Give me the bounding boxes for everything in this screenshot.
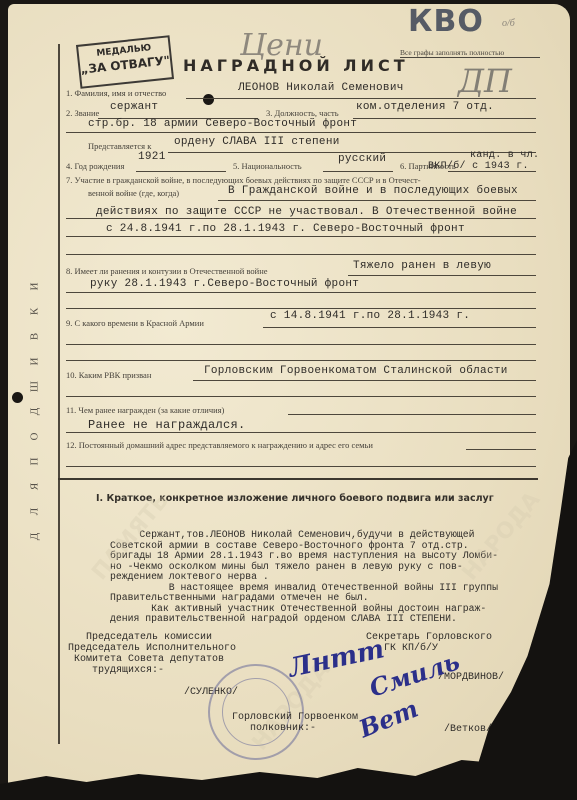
field-7-value-line-2: действиях по защите СССР не участвовал. … <box>96 206 517 218</box>
presented-value: ордену СЛАВА III степени <box>174 136 340 148</box>
rule <box>288 414 536 415</box>
field-8-label: 8. Имеет ли ранения и контузии в Отечест… <box>66 266 268 276</box>
rule <box>263 327 536 328</box>
presented-label: Представляется к <box>88 141 151 151</box>
field-7-label-cont: венной войне (где, когда) <box>88 188 179 198</box>
field-2-value: сержант <box>110 101 158 113</box>
field-2-label: 2. Звание <box>66 108 99 118</box>
field-8-value-line-1: Тяжело ранен в левую <box>353 260 491 272</box>
punch-hole <box>12 392 23 403</box>
rule <box>353 118 536 119</box>
punch-hole <box>203 94 214 105</box>
rule <box>66 466 536 467</box>
field-4-label: 4. Год рождения <box>66 161 124 171</box>
rule <box>218 200 536 201</box>
rule <box>193 380 536 381</box>
field-7-value-line-3: с 24.8.1941 г.по 28.1.1943 г. Северо-Вос… <box>106 223 465 235</box>
medal-stamp: МЕДАЛЬЮ „ЗА ОТВАГУ" <box>76 35 174 89</box>
commission-chair-block: Председатель комиссии Председатель Испол… <box>68 632 236 676</box>
field-7-value-line-1: В Гражданской войне и в последующих боев… <box>228 185 518 197</box>
field-9-value: с 14.8.1941 г.по 28.1.1943 г. <box>270 310 470 322</box>
rule <box>136 171 226 172</box>
kvo-stamp: КВО <box>408 4 484 39</box>
field-12-label: 12. Постоянный домашний адрес представля… <box>66 440 373 450</box>
field-9-label: 9. С какого времени в Красной Армии <box>66 318 204 328</box>
rule <box>66 132 536 133</box>
military-commissar-block: Горловский Горвоенком полковник:- <box>232 712 358 734</box>
field-10-value: Горловским Горвоенкоматом Сталинской обл… <box>204 365 508 377</box>
field-7-label: 7. Участие в гражданской войне, в послед… <box>66 175 421 185</box>
rule <box>323 171 393 172</box>
rule <box>66 432 536 433</box>
pencil-note-right: ДП <box>458 62 512 100</box>
rule <box>186 98 536 99</box>
rule <box>66 344 536 345</box>
rule <box>66 218 536 219</box>
margin-line <box>58 44 60 744</box>
field-11-label: 11. Чем ранее награжден (за какие отличи… <box>66 405 224 415</box>
field-8-value-line-2: руку 28.1.1943 г.Северо-Восточный фронт <box>90 278 359 290</box>
rule <box>466 449 536 450</box>
field-4-value: 1921 <box>138 151 166 163</box>
field-11-value: Ранее не награждался. <box>88 418 246 432</box>
side-label-dlya-podshivki: И К В И Ш Д О П Я Л Д <box>28 274 42 549</box>
field-3-value: ком.отделения 7 отд. <box>356 101 494 113</box>
field-3-label: 3. Должность, часть <box>266 108 339 118</box>
rule <box>348 275 536 276</box>
party-secretary-block: Секретарь Горловского ГК КП/б/У <box>366 632 492 654</box>
rule <box>66 360 536 361</box>
pencil-number: о/б <box>502 18 515 29</box>
section-divider <box>58 478 538 480</box>
field-3-value-continued: стр.бр. 18 армии Северо-Восточный фронт <box>88 118 357 130</box>
signature-commissar: Вет <box>355 694 422 744</box>
fill-all-note: Все графы заполнять полностью <box>400 48 540 58</box>
field-5-value: русский <box>338 153 386 165</box>
rule <box>66 292 536 293</box>
award-sheet-page: И К В И Ш Д О П Я Л Д МЕДАЛЬЮ „ЗА ОТВАГУ… <box>8 4 570 794</box>
field-10-label: 10. Каким РВК призван <box>66 370 151 380</box>
rule <box>66 254 536 255</box>
field-1-value: ЛЕОНОВ Николай Семенович <box>238 82 404 94</box>
military-commissar-name: /Ветков/ <box>444 724 492 735</box>
document-title: НАГРАДНОЙ ЛИСТ <box>183 56 409 75</box>
rule <box>448 171 536 172</box>
field-6-value-top: канд. в чл. <box>470 150 539 161</box>
rule <box>66 396 536 397</box>
field-5-label: 5. Национальность <box>233 161 302 171</box>
field-1-label: 1. Фамилия, имя и отчество <box>66 88 166 98</box>
rule <box>66 236 536 237</box>
rule <box>66 308 536 309</box>
